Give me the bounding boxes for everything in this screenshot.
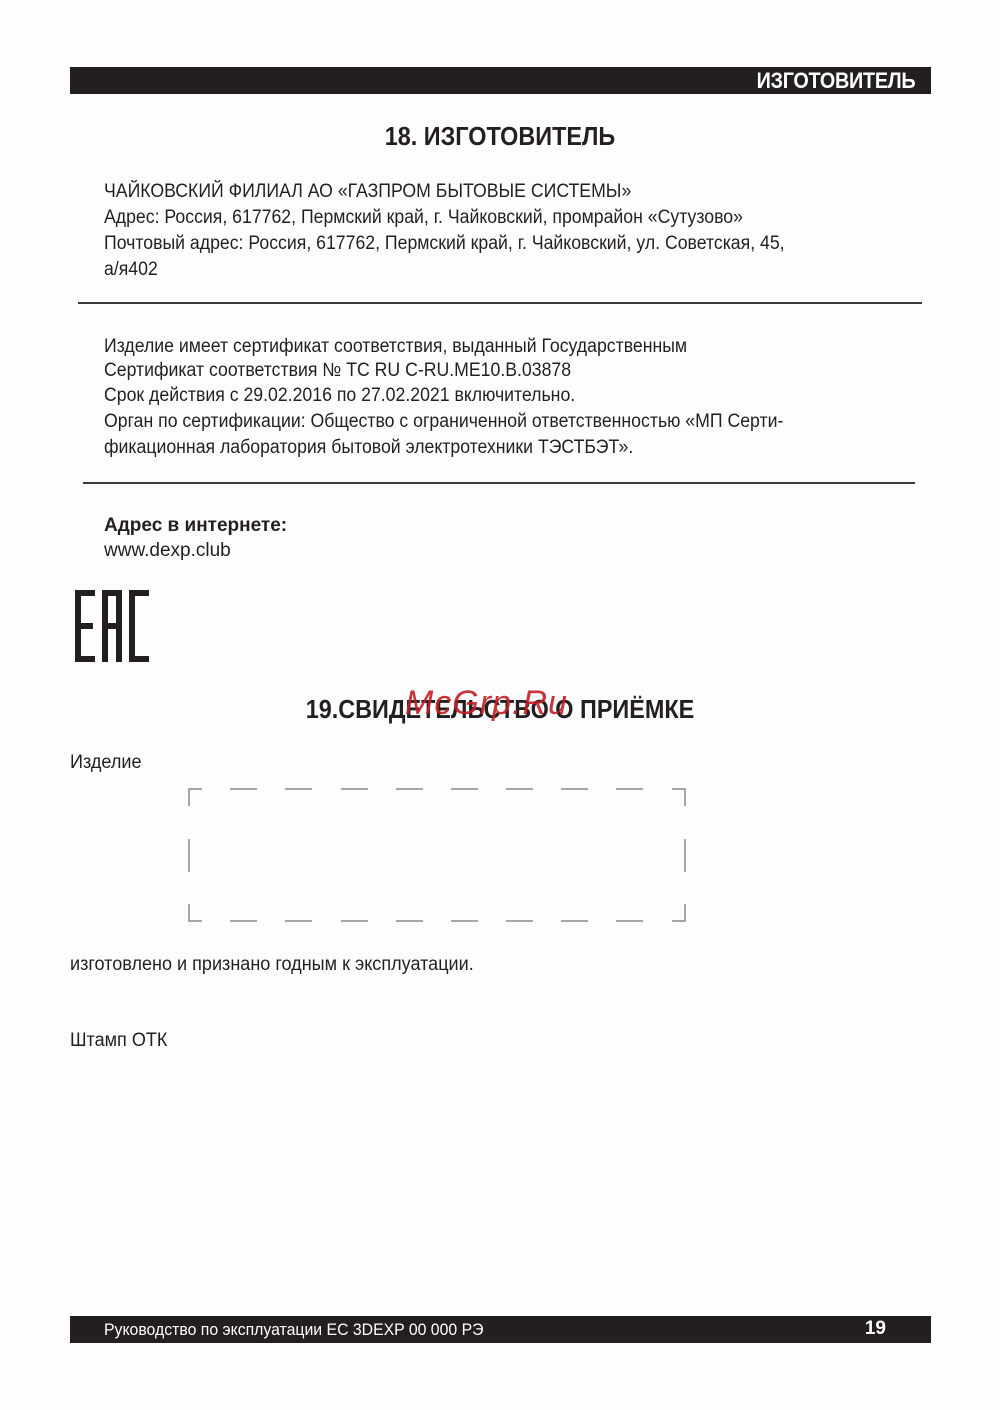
footer-bar: Руководство по эксплуатации ЕС 3DEXP 00 … (70, 1316, 931, 1343)
manufacturer-address: Адрес: Россия, 617762, Пермский край, г.… (104, 205, 743, 231)
section-header-title: ИЗГОТОВИТЕЛЬ (756, 68, 915, 94)
manufacturer-name: ЧАЙКОВСКИЙ ФИЛИАЛ АО «ГАЗПРОМ БЫТОВЫЕ СИ… (104, 179, 631, 205)
certification-body-cont: фикационная лаборатория бытовой электрот… (104, 435, 633, 461)
certificate-line: Изделие имеет сертификат соответствия, в… (104, 334, 687, 360)
divider (83, 482, 915, 484)
certification-body: Орган по сертификации: Общество с ограни… (104, 409, 783, 435)
eac-mark-icon (75, 590, 149, 662)
manufacturer-po-box: а/я402 (104, 257, 158, 283)
internet-url[interactable]: www.dexp.club (104, 538, 231, 564)
page-number: 19 (865, 1318, 886, 1340)
acceptance-statement: изготовлено и признано годным к эксплуат… (70, 954, 474, 976)
internet-label: Адрес в интернете: (104, 513, 287, 539)
divider (78, 302, 922, 304)
product-field-box[interactable] (188, 788, 686, 922)
product-label: Изделие (70, 752, 141, 774)
watermark: McGrp.Ru (405, 684, 568, 723)
manufacturer-postal-address: Почтовый адрес: Россия, 617762, Пермский… (104, 231, 785, 257)
certificate-validity: Срок действия с 29.02.2016 по 27.02.2021… (104, 383, 575, 409)
stamp-label: Штамп ОТК (70, 1030, 167, 1052)
footer-doc-title: Руководство по эксплуатации ЕС 3DEXP 00 … (104, 1320, 483, 1340)
section-header-bar: ИЗГОТОВИТЕЛЬ (70, 67, 931, 94)
certificate-number: Сертификат соответствия № ТС RU С-RU.МЕ1… (104, 358, 571, 384)
manufacturer-heading: 18. ИЗГОТОВИТЕЛЬ (50, 121, 950, 152)
